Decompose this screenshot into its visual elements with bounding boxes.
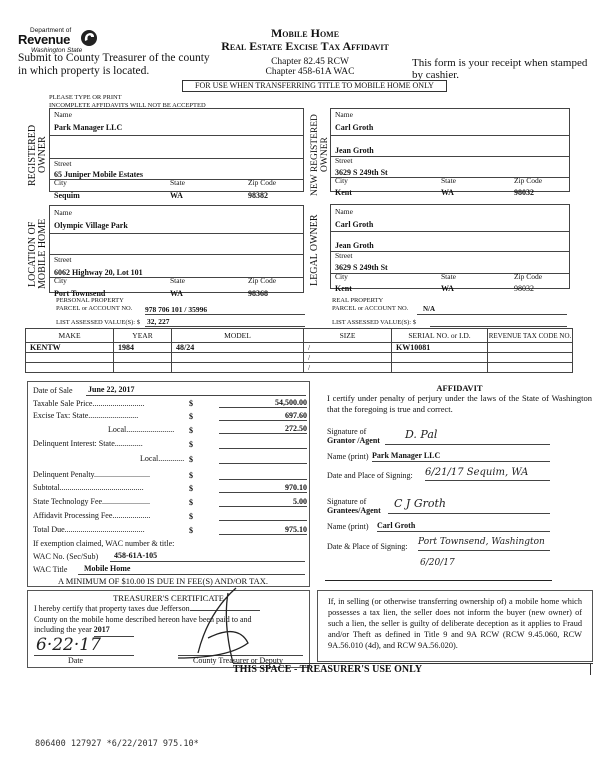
cell-size[interactable]: / (304, 363, 392, 373)
grantee-sig-label: Signature of Grantees/Agent (327, 497, 381, 515)
col-tax-code: REVENUE TAX CODE NO. (488, 329, 573, 343)
wac-no-value[interactable]: 458-61A-105 (110, 551, 305, 562)
legal-owner-label: LEGAL OWNER (310, 210, 330, 290)
grantor-date-label: Date and Place of Signing: (327, 471, 413, 480)
street-label: Street (54, 159, 72, 168)
title-line-2: Real Estate Excise Tax Affidavit (190, 40, 420, 53)
mobile-home-table: MAKE YEAR MODEL SIZE SERIAL NO. or I.D. … (25, 328, 573, 373)
excise-local-value[interactable]: 272.50 (219, 424, 307, 434)
zip-label: Zip Code (514, 272, 542, 281)
grantee-place[interactable]: Port Townsend, Washington (418, 537, 550, 551)
wac-title-label: WAC Title (33, 565, 67, 576)
chapter-wac: Chapter 458-61A WAC (255, 67, 365, 77)
name-label: Name (54, 208, 72, 217)
delinquent-interest-state-label: Delinquent Interest: State.............. (33, 439, 143, 450)
assessed-value[interactable]: 32, 227 (145, 317, 305, 327)
treasurer-certificate-box: TREASURER'S CERTIFICATE I hereby certify… (27, 590, 310, 668)
city-label: City (54, 276, 67, 285)
cell-serial[interactable] (392, 353, 488, 363)
chapters: Chapter 82.45 RCW Chapter 458-61A WAC (255, 57, 365, 77)
grantor-date-place[interactable]: 6/21/17 Sequim, WA (425, 467, 550, 481)
legal-owner-state[interactable]: WA (441, 284, 454, 293)
location-state[interactable]: WA (170, 289, 183, 298)
zip-label: Zip Code (248, 178, 276, 187)
cell-make[interactable] (26, 353, 114, 363)
location-label: LOCATION OF MOBILE HOME (28, 208, 50, 300)
date-of-sale-value[interactable]: June 22, 2017 (86, 385, 306, 396)
subtotal-value[interactable]: 970.10 (219, 483, 307, 493)
zip-label: Zip Code (248, 276, 276, 285)
registered-owner-street[interactable]: 65 Juniper Mobile Estates (54, 170, 143, 179)
treasurer-line-1-text: I hereby certify that property taxes due… (34, 604, 190, 613)
grantor-name-label: Name (print) (327, 452, 369, 461)
affidavit-statement: I certify under penalty of perjury under… (327, 393, 592, 414)
registered-owner-city[interactable]: Sequim (54, 191, 80, 200)
street-label: Street (335, 156, 353, 165)
personal-parcel-value[interactable]: 978 706 101 / 35996 (145, 305, 305, 315)
col-year: YEAR (114, 329, 172, 343)
grantee-name-label: Name (print) (327, 522, 369, 531)
dollar-sign: $ (189, 498, 193, 507)
location-box: Name Olympic Village Park Street 6062 Hi… (49, 205, 304, 293)
date-line (34, 655, 134, 656)
legal-owner-city[interactable]: Kent (335, 284, 352, 293)
affidavit-divider (325, 580, 552, 581)
excise-state-label: Excise Tax: State.......................… (33, 411, 138, 422)
cell-model[interactable] (172, 353, 304, 363)
delinquent-interest-state-value[interactable] (219, 439, 307, 449)
legal-owner-box: Name Carl Groth Jean Groth Street 3629 S… (330, 204, 570, 289)
new-registered-owner-label: NEW REGISTERED OWNER (310, 110, 330, 200)
registered-owner-state[interactable]: WA (170, 191, 183, 200)
grantee-date[interactable]: 6/20/17 (420, 558, 455, 568)
dollar-sign: $ (189, 526, 193, 535)
registered-owner-zip[interactable]: 98382 (248, 191, 268, 200)
table-row: / (26, 363, 573, 373)
treasurer-date-value[interactable]: 6·22·17 (36, 635, 101, 655)
processing-fee-label: Affidavit Processing Fee................… (33, 511, 150, 522)
new-owner-city[interactable]: Kent (335, 188, 352, 197)
new-owner-zip[interactable]: 98032 (514, 188, 534, 197)
logo-name: Revenue (18, 32, 70, 47)
zip-label: Zip Code (514, 176, 542, 185)
name-label: Name (335, 207, 353, 216)
please-type: PLEASE TYPE OR PRINT (49, 94, 206, 102)
affidavit-title: AFFIDAVIT (327, 383, 592, 393)
name-label: Name (54, 110, 72, 119)
taxable-price-label: Taxable Sale Price......................… (33, 399, 144, 410)
grantor-sig-label-1: Signature of (327, 427, 380, 436)
personal-parcel-label: PERSONAL PROPERTY PARCEL or ACCOUNT NO. (56, 297, 132, 313)
receipt-note: This form is your receipt when stamped b… (412, 57, 592, 81)
grantee-name-value[interactable]: Carl Groth (377, 521, 550, 532)
total-due-value[interactable]: 975.10 (219, 525, 307, 535)
legal-owner-zip[interactable]: 98032 (514, 284, 534, 293)
col-model: MODEL (172, 329, 304, 343)
city-label: City (335, 272, 348, 281)
new-owner-name[interactable]: Carl Groth (335, 123, 373, 132)
for-use-banner: FOR USE WHEN TRANSFERRING TITLE TO MOBIL… (182, 80, 447, 92)
grantor-signature[interactable]: D. Pal (385, 428, 550, 445)
submit-note: Submit to County Treasurer of the county… (18, 52, 218, 77)
state-label: State (441, 176, 456, 185)
cell-serial[interactable]: KW10081 (392, 343, 488, 353)
state-label: State (170, 178, 185, 187)
cell-model[interactable] (172, 363, 304, 373)
street-label: Street (335, 251, 353, 260)
delinquent-interest-local-value[interactable] (219, 454, 307, 464)
col-size: SIZE (304, 329, 392, 343)
affidavit-section: AFFIDAVIT I certify under penalty of per… (327, 383, 592, 414)
real-parcel-label-1: REAL PROPERTY (332, 297, 408, 305)
grantor-sig-label-2: Grantor /Agent (327, 436, 380, 445)
excise-state-value[interactable]: 697.60 (219, 411, 307, 421)
date-of-sale-label: Date of Sale (33, 386, 73, 397)
dollar-sign: $ (189, 412, 193, 421)
delinquent-penalty-value[interactable] (219, 470, 307, 480)
cell-serial[interactable] (392, 363, 488, 373)
form-title: Mobile Home Real Estate Excise Tax Affid… (190, 27, 420, 53)
excise-local-label: Local........................ (108, 425, 174, 436)
treasurer-use-only: THIS SPACE - TREASURER'S USE ONLY (233, 663, 593, 675)
grantee-signature[interactable]: C J Groth (388, 497, 550, 514)
city-label: City (335, 176, 348, 185)
real-parcel-value[interactable]: N/A (417, 305, 567, 315)
name-label: Name (335, 110, 353, 119)
dollar-sign: $ (189, 484, 193, 493)
delinquent-penalty-label: Delinquent Penalty......................… (33, 470, 150, 481)
location-street[interactable]: 6062 Highway 20, Lot 101 (54, 268, 143, 277)
cell-model[interactable]: 48/24 (172, 343, 304, 353)
location-park-name[interactable]: Olympic Village Park (54, 221, 128, 230)
cell-make[interactable] (26, 363, 114, 373)
legal-owner-street[interactable]: 3629 S 249th St (335, 263, 388, 272)
cell-size[interactable]: / (304, 343, 392, 353)
state-label: State (170, 276, 185, 285)
registered-owner-name[interactable]: Park Manager LLC (54, 123, 122, 132)
table-row: / (26, 353, 573, 363)
cashier-stamp: 806400 127927 *6/22/2017 975.10* (35, 739, 199, 749)
wac-title-value[interactable]: Mobile Home (78, 564, 305, 575)
legal-owner-name2[interactable]: Jean Groth (335, 241, 374, 250)
dollar-sign: $ (189, 440, 193, 449)
tech-fee-label: State Technology Fee....................… (33, 497, 150, 508)
cell-tax-code[interactable] (488, 343, 573, 353)
fraud-notice: If, in selling (or otherwise transferrin… (317, 590, 593, 662)
new-owner-name2[interactable]: Jean Groth (335, 146, 374, 155)
grantor-name-value[interactable]: Park Manager LLC (372, 451, 550, 462)
processing-fee-value[interactable] (219, 511, 307, 521)
total-due-label: Total Due...............................… (33, 525, 145, 536)
col-make: MAKE (26, 329, 114, 343)
cell-size[interactable]: / (304, 353, 392, 363)
cell-make[interactable]: KENTW (26, 343, 114, 353)
dor-swirl-logo-icon (80, 29, 98, 47)
wac-no-label: WAC No. (Sec/Sub) (33, 552, 98, 563)
dollar-sign: $ (189, 455, 193, 464)
location-zip[interactable]: 98368 (248, 289, 268, 298)
cell-tax-code[interactable] (488, 363, 573, 373)
grantor-sig-label: Signature of Grantor /Agent (327, 427, 380, 445)
treasurer-use-edge (590, 663, 591, 675)
street-label: Street (54, 255, 72, 264)
cell-tax-code[interactable] (488, 353, 573, 363)
tech-fee-value[interactable]: 5.00 (219, 497, 307, 507)
real-parcel-label-2: PARCEL or ACCOUNT NO. (332, 305, 408, 313)
dollar-sign: $ (189, 399, 193, 408)
grantee-date-label: Date & Place of Signing: (327, 542, 407, 551)
treasurer-signature-icon[interactable] (168, 583, 268, 673)
new-registered-owner-box: Name Carl Groth Jean Groth Street 3629 S… (330, 108, 570, 192)
grantee-sig-label-2: Grantees/Agent (327, 506, 381, 515)
table-row: KENTW 1984 48/24 / KW10081 (26, 343, 573, 353)
dollar-sign: $ (189, 512, 193, 521)
delinquent-interest-local-label: Local............. (140, 454, 184, 465)
legal-owner-name[interactable]: Carl Groth (335, 220, 373, 229)
col-serial: SERIAL NO. or I.D. (392, 329, 488, 343)
registered-owner-label: REGISTERED OWNER (28, 110, 50, 200)
cell-year[interactable]: 1984 (114, 343, 172, 353)
tax-calculation-box: Date of Sale June 22, 2017 Taxable Sale … (27, 381, 310, 587)
dollar-sign: $ (189, 426, 193, 435)
parcel-label-2: PARCEL or ACCOUNT NO. (56, 305, 132, 313)
cell-year[interactable] (114, 353, 172, 363)
instructions: PLEASE TYPE OR PRINT INCOMPLETE AFFIDAVI… (49, 94, 206, 109)
grantee-sig-label-1: Signature of (327, 497, 381, 506)
cell-year[interactable] (114, 363, 172, 373)
assessed-label: LIST ASSESSED VALUE(S): $ (56, 319, 140, 326)
chapter-rcw: Chapter 82.45 RCW (255, 57, 365, 67)
registered-owner-box: Name Park Manager LLC Street 65 Juniper … (49, 108, 304, 192)
real-assessed-value[interactable] (430, 317, 567, 327)
state-label: State (441, 272, 456, 281)
exemption-label: If exemption claimed, WAC number & title… (33, 539, 174, 550)
real-parcel-label: REAL PROPERTY PARCEL or ACCOUNT NO. (332, 297, 408, 313)
real-assessed-label: LIST ASSESSED VALUE(S): $ (332, 319, 416, 326)
treasurer-line-3-text: including the year (34, 625, 92, 634)
subtotal-label: Subtotal................................… (33, 483, 144, 494)
treasurer-date-label: Date (68, 656, 83, 665)
new-owner-state[interactable]: WA (441, 188, 454, 197)
city-label: City (54, 178, 67, 187)
taxable-price-value[interactable]: 54,500.00 (219, 398, 307, 408)
dollar-sign: $ (189, 471, 193, 480)
parcel-label-1: PERSONAL PROPERTY (56, 297, 132, 305)
